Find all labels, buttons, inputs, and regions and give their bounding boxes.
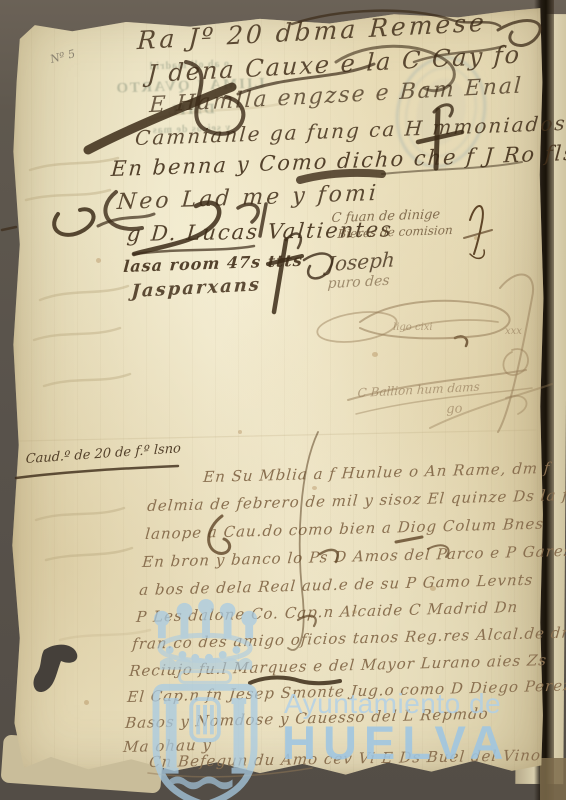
stain-spot: [238, 430, 242, 434]
signature-rubric: go: [446, 401, 463, 417]
handwritten-note: ligo cixi: [393, 322, 433, 333]
stain-spot: [84, 700, 89, 705]
manuscript-scan: o ab oll madrid LIIMA I QVARTO DMIL y se…: [0, 0, 566, 800]
stain-spot: [474, 236, 478, 240]
stain-spot: [96, 258, 101, 263]
stain-spot: [372, 352, 378, 357]
handwritten-line: puro des: [327, 273, 390, 292]
handwritten-note: xxx: [505, 326, 522, 337]
table-corner: [540, 758, 566, 800]
handwritten-line: Joseph: [326, 247, 395, 276]
stain-spot: [312, 486, 317, 490]
